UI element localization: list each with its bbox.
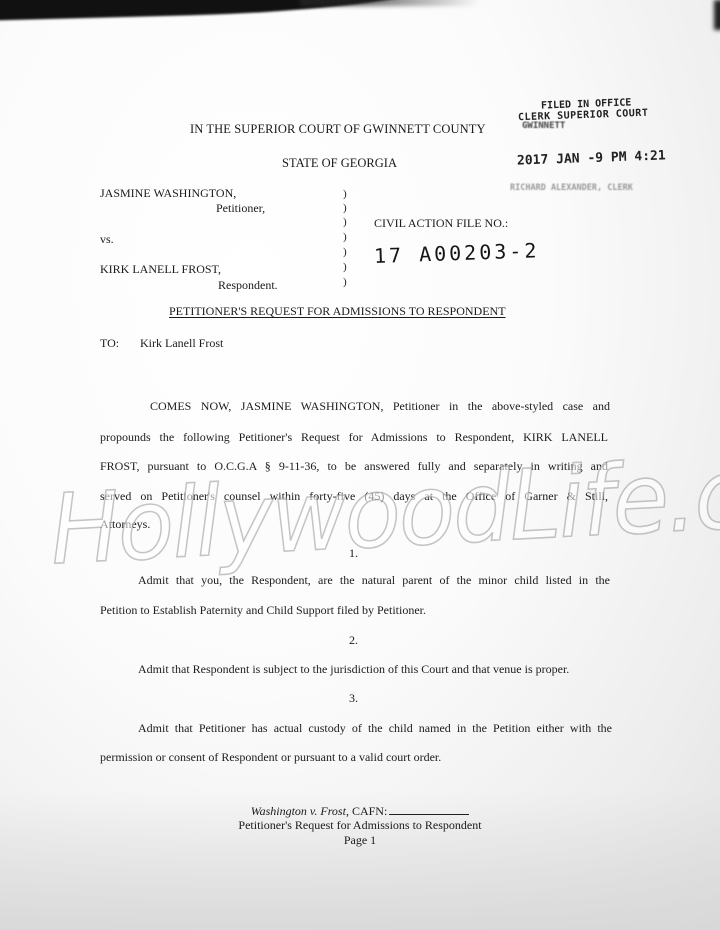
document-heading: PETITIONER'S REQUEST FOR ADMISSIONS TO R…: [169, 304, 506, 319]
caption-paren: ): [343, 202, 347, 214]
footer-cafn-blank: [389, 803, 469, 815]
admission-line: Admit that you, the Respondent, are the …: [138, 573, 610, 588]
court-state: STATE OF GEORGIA: [282, 156, 397, 171]
footer-cafn-label: , CAFN:: [346, 804, 387, 818]
stamp-clerk-name: RICHARD ALEXANDER, CLERK: [510, 183, 633, 193]
petitioner-name: JASMINE WASHINGTON,: [100, 186, 236, 201]
respondent-name: KIRK LANELL FROST,: [100, 262, 221, 277]
civil-action-label: CIVIL ACTION FILE NO.:: [374, 216, 508, 231]
admission-line: Petition to Establish Paternity and Chil…: [100, 603, 426, 618]
footer-page-number: Page 1: [200, 833, 520, 848]
caption-paren: ): [343, 216, 347, 228]
stamp-county: GWINNETT: [522, 121, 565, 131]
case-number: 17 A00203-2: [374, 238, 540, 268]
admission-line: Admit that Petitioner has actual custody…: [138, 721, 612, 736]
intro-line: Attorneys.: [100, 517, 150, 532]
respondent-role: Respondent.: [218, 278, 278, 293]
footer-title: Petitioner's Request for Admissions to R…: [200, 818, 520, 833]
watermark: HollywoodLife.com: [48, 431, 720, 587]
intro-line: FROST, pursuant to O.C.G.A § 9-11-36, to…: [100, 459, 608, 474]
caption-paren: ): [343, 188, 347, 200]
petitioner-role: Petitioner,: [216, 201, 265, 216]
admission-line: Admit that Respondent is subject to the …: [138, 662, 569, 677]
intro-line: served on Petitioner's counsel within fo…: [100, 489, 608, 504]
admission-number: 2.: [349, 633, 358, 648]
to-label: TO:: [100, 336, 119, 351]
intro-line: COMES NOW, JASMINE WASHINGTON, Petitione…: [150, 399, 610, 414]
admission-line: permission or consent of Respondent or p…: [100, 750, 441, 765]
scan-shadow-fade: [300, 0, 480, 6]
to-name: Kirk Lanell Frost: [140, 336, 223, 351]
caption-paren: ): [343, 246, 347, 258]
court-title: IN THE SUPERIOR COURT OF GWINNETT COUNTY: [190, 122, 486, 137]
caption-paren: ): [343, 261, 347, 273]
versus-label: vs.: [100, 232, 114, 247]
caption-paren: ): [343, 276, 347, 288]
caption-paren: ): [343, 231, 347, 243]
footer-case-style: Washington v. Frost, CAFN:: [200, 803, 520, 819]
intro-line: propounds the following Petitioner's Req…: [100, 430, 608, 445]
document-page: FILED IN OFFICE CLERK SUPERIOR COURT GWI…: [0, 0, 720, 930]
scan-shadow-right: [714, 0, 720, 30]
admission-number: 1.: [349, 546, 358, 561]
footer-case-name: Washington v. Frost: [251, 804, 346, 818]
admission-number: 3.: [349, 691, 358, 706]
stamp-date-time: 2017 JAN -9 PM 4:21: [517, 148, 666, 168]
